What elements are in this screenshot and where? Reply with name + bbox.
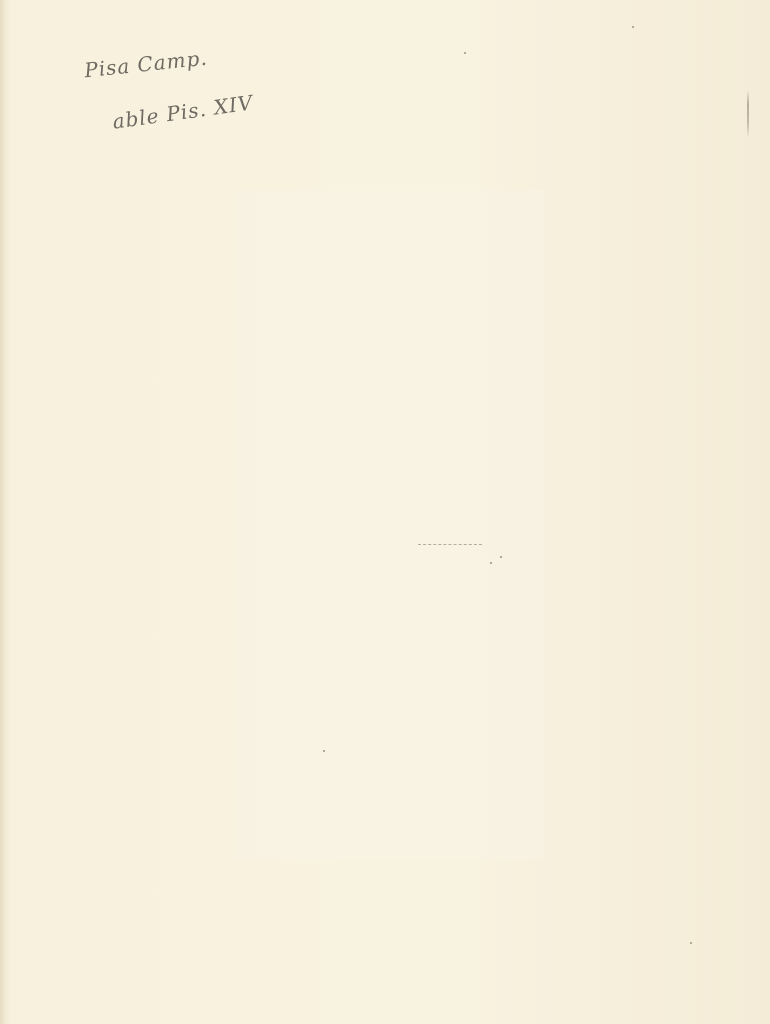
speck-mark bbox=[323, 750, 325, 752]
page-edge bbox=[0, 0, 6, 1024]
speck-mark bbox=[464, 52, 466, 54]
edge-pencil-mark bbox=[747, 90, 749, 138]
speck-mark bbox=[632, 26, 634, 28]
faint-dash-mark bbox=[418, 544, 482, 546]
handwritten-note-line-1: Pisa Camp. bbox=[83, 46, 209, 83]
plate-impression bbox=[235, 190, 545, 860]
handwritten-note-line-2: able Pis. XIV bbox=[111, 90, 255, 133]
speck-mark bbox=[490, 562, 492, 564]
scanned-page: Pisa Camp. able Pis. XIV bbox=[0, 0, 770, 1024]
speck-mark bbox=[500, 556, 502, 558]
speck-mark bbox=[690, 942, 692, 944]
